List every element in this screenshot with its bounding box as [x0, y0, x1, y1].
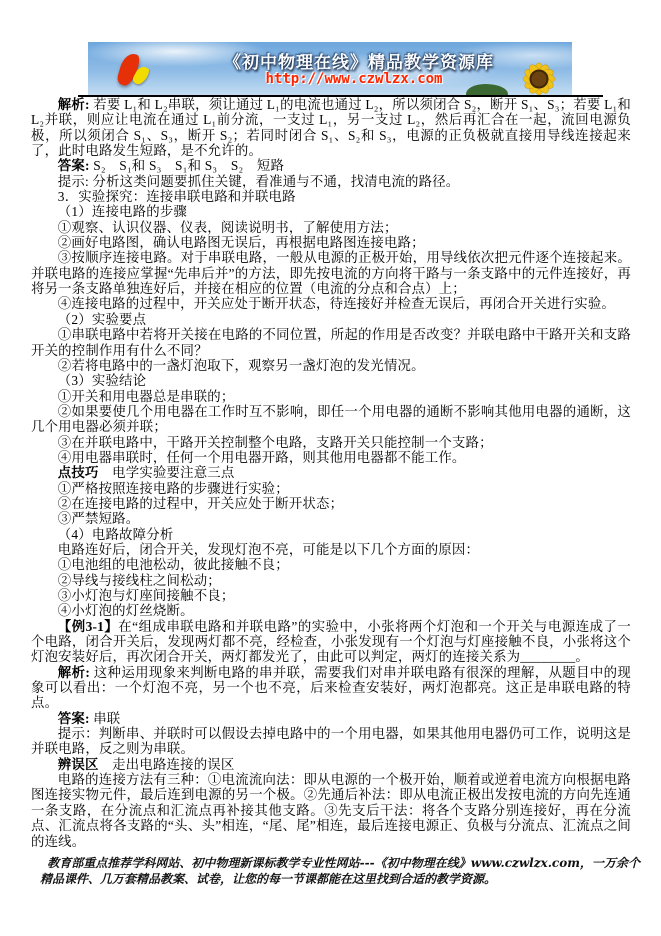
paragraph: 解析: 若要 L₁和 L₂串联，须让通过 L₁的电流也通过 L₂，所以须闭合 S… — [31, 97, 631, 158]
paragraph: （3）实验结论 — [31, 373, 631, 388]
document-page: 《初中物理在线》精品教学资源库 http://www.czwlzx.com 解析… — [0, 0, 661, 936]
paragraph-text: ②画好电路图，确认电路图无误后，再根据电路图连接电路； — [58, 235, 425, 250]
paragraph-text: ②导线与接线柱之间松动； — [58, 573, 221, 588]
paragraph-text: ②若将电路中的一盏灯泡取下，观察另一盏灯泡的发光情况。 — [58, 358, 425, 373]
paragraph: ②画好电路图，确认电路图无误后，再根据电路图连接电路； — [31, 235, 631, 250]
paragraph: ②如果要使几个用电器在工作时互不影响，即任一个用电器的通断不影响其他用电器的通断… — [31, 404, 631, 435]
paragraph-text: ①严格按照连接电路的步骤进行实验； — [58, 481, 289, 496]
paragraph: ③小灯泡与灯座间接触不良； — [31, 588, 631, 603]
paragraph-label: 解析: — [58, 97, 90, 112]
physics-logo-icon — [116, 51, 156, 91]
paragraph-text: （1）连接电路的步骤 — [58, 204, 187, 219]
paragraph-text: （3）实验结论 — [58, 373, 146, 388]
paragraph-text: 电学实验要注意三点 — [99, 465, 235, 480]
paragraph-label: 答案: — [58, 158, 90, 173]
paragraph-text: ③小灯泡与灯座间接触不良； — [58, 588, 235, 603]
banner-url-link[interactable]: http://www.czwlzx.com — [224, 71, 484, 87]
paragraph-text: 电路的连接方法有三种：①电流流向法：即从电源的一个极开始，顺着或逆着电流方向根据… — [31, 772, 631, 848]
paragraph: 【例3-1】在“组成串联电路和并联电路”的实验中，小张将两个灯泡和一个开关与电源… — [31, 619, 631, 665]
paragraph: 3．实验探究：连接串联电路和并联电路 — [31, 189, 631, 204]
paragraph: ③在并联电路中，干路开关控制整个电路，支路开关只能控制一个支路； — [31, 435, 631, 450]
paragraph: （1）连接电路的步骤 — [31, 204, 631, 219]
paragraph-text: （4）电路故障分析 — [58, 527, 174, 542]
paragraph: ②导线与接线柱之间松动； — [31, 573, 631, 588]
paragraph-text: （2）实验要点 — [58, 312, 146, 327]
paragraph-text: 若要 L₁和 L₂串联，须让通过 L₁的电流也通过 L₂，所以须闭合 S₂，断开… — [31, 97, 631, 158]
paragraph-text: 3．实验探究：连接串联电路和并联电路 — [58, 189, 296, 204]
site-banner: 《初中物理在线》精品教学资源库 http://www.czwlzx.com — [88, 42, 572, 95]
paragraph-text: ④小灯泡的灯丝烧断。 — [58, 603, 194, 618]
paragraph: ①串联电路中若将开关接在电路的不同位置，所起的作用是否改变？并联电路中干路开关和… — [31, 327, 631, 358]
paragraph-text: ①串联电路中若将开关接在电路的不同位置，所起的作用是否改变？并联电路中干路开关和… — [31, 327, 631, 357]
paragraph: ①严格按照连接电路的步骤进行实验； — [31, 481, 631, 496]
document-body: 解析: 若要 L₁和 L₂串联，须让通过 L₁的电流也通过 L₂，所以须闭合 S… — [31, 97, 631, 849]
paragraph-text: 串联 — [90, 711, 121, 726]
paragraph: ④小灯泡的灯丝烧断。 — [31, 603, 631, 618]
paragraph-text: 在“组成串联电路和并联电路”的实验中，小张将两个灯泡和一个开关与电源连成了一个电… — [31, 619, 631, 665]
paragraph: ④连接电路的过程中，开关应处于断开状态，待连接好并检查无误后，再闭合开关进行实验… — [31, 296, 631, 311]
paragraph: ①电池组的电池松动，彼此接触不良； — [31, 557, 631, 572]
paragraph: ②在连接电路的过程中，开关应处于断开状态； — [31, 496, 631, 511]
paragraph-text: ③严禁短路。 — [58, 511, 140, 526]
paragraph: ③严禁短路。 — [31, 511, 631, 526]
sunflower-icon — [506, 53, 570, 95]
paragraph: 点技巧 电学实验要注意三点 — [31, 465, 631, 480]
page-footer: 教育部重点推荐学科网站、初中物理新课标教学专业性网站---《初中物理在线》www… — [40, 856, 640, 887]
paragraph-label: 解析: — [58, 665, 90, 680]
paragraph: 电路连好后，闭合开关，发现灯泡不亮，可能是以下几个方面的原因： — [31, 542, 631, 557]
paragraph: ②若将电路中的一盏灯泡取下，观察另一盏灯泡的发光情况。 — [31, 358, 631, 373]
paragraph: 辨误区 走出电路连接的误区 — [31, 757, 631, 772]
paragraph-text: 电路连好后，闭合开关，发现灯泡不亮，可能是以下几个方面的原因： — [58, 542, 479, 557]
paragraph: 答案: 串联 — [31, 711, 631, 726]
paragraph-text: ④连接电路的过程中，开关应处于断开状态，待连接好并检查无误后，再闭合开关进行实验… — [58, 296, 615, 311]
paragraph-text: ①电池组的电池松动，彼此接触不良； — [58, 557, 289, 572]
paragraph-text: ④用电器串联时，任何一个用电器开路，则其他用电器都不能工作。 — [58, 450, 466, 465]
paragraph-label: 答案: — [58, 711, 90, 726]
banner-title: 《初中物理在线》精品教学资源库 — [194, 48, 524, 73]
paragraph: 提示：判断串、并联时可以假设去掉电路中的一个用电器，如果其他用电器仍可工作，说明… — [31, 726, 631, 757]
paragraph: ①开关和用电器总是串联的； — [31, 389, 631, 404]
paragraph: 答案: S₂ S₁和 S₃ S₁和 S₃ S₂ 短路 — [31, 158, 631, 173]
paragraph-text: ②在连接电路的过程中，开关应处于断开状态； — [58, 496, 343, 511]
paragraph-text: S₂ S₁和 S₃ S₁和 S₃ S₂ 短路 — [90, 158, 284, 173]
paragraph: 解析: 这种运用现象来判断电路的串并联，需要我们对串并联电路有很深的理解，从题目… — [31, 665, 631, 711]
paragraph-text: ③按顺序连接电路。对于串联电路，一般从电源的正极开始，用导线依次把元件逐个连接起… — [31, 250, 631, 296]
paragraph: 提示: 分析这类问题要抓住关键，看准通与不通，找清电流的路径。 — [31, 174, 631, 189]
paragraph-text: ②如果要使几个用电器在工作时互不影响，即任一个用电器的通断不影响其他用电器的通断… — [31, 404, 631, 434]
paragraph: ①观察、认识仪器、仪表，阅读说明书，了解使用方法； — [31, 220, 631, 235]
paragraph-label: 【例3-1】 — [58, 619, 118, 634]
paragraph: ③按顺序连接电路。对于串联电路，一般从电源的正极开始，用导线依次把元件逐个连接起… — [31, 250, 631, 296]
paragraph-text: 走出电路连接的误区 — [99, 757, 235, 772]
paragraph-text: 这种运用现象来判断电路的串并联，需要我们对串并联电路有很深的理解，从题目中的现象… — [31, 665, 631, 711]
paragraph: （4）电路故障分析 — [31, 527, 631, 542]
paragraph-text: 提示：判断串、并联时可以假设去掉电路中的一个用电器，如果其他用电器仍可工作，说明… — [31, 726, 631, 756]
paragraph-label: 点技巧 — [58, 465, 99, 480]
paragraph-label: 辨误区 — [58, 757, 99, 772]
paragraph-text: ①开关和用电器总是串联的； — [58, 389, 235, 404]
paragraph-text: ③在并联电路中，干路开关控制整个电路，支路开关只能控制一个支路； — [58, 435, 493, 450]
paragraph: 电路的连接方法有三种：①电流流向法：即从电源的一个极开始，顺着或逆着电流方向根据… — [31, 772, 631, 849]
grass-icon — [466, 84, 508, 95]
paragraph: ④用电器串联时，任何一个用电器开路，则其他用电器都不能工作。 — [31, 450, 631, 465]
paragraph-text: 提示: 分析这类问题要抓住关键，看准通与不通，找清电流的路径。 — [58, 174, 460, 189]
paragraph-text: ①观察、认识仪器、仪表，阅读说明书，了解使用方法； — [58, 220, 398, 235]
paragraph: （2）实验要点 — [31, 312, 631, 327]
